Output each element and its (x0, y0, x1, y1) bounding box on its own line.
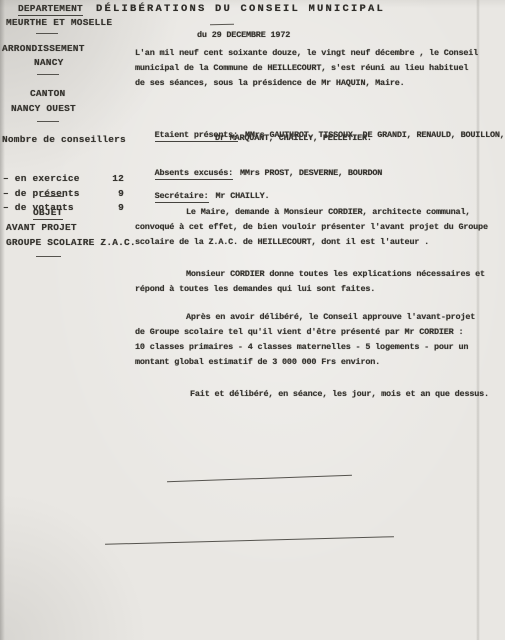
body-paragraph-line: de ses séances, sous la présidence de Mr… (135, 77, 405, 89)
objet-label: OBJET (33, 207, 63, 219)
session-date: du 29 DECEMBRE 1972 (197, 29, 290, 41)
body-paragraph-line: scolaire de la Z.A.C. de HEILLECOURT, do… (135, 236, 429, 248)
departement-label-text: DEPARTEMENT (18, 3, 83, 16)
body-paragraph-line: répond à toutes les demandes qui lui son… (135, 283, 375, 295)
body-paragraph-line: montant global estimatif de 3 000 000 Fr… (135, 356, 380, 368)
conseillers-row-value: 9 (118, 202, 124, 214)
canton-value: NANCY OUEST (11, 103, 76, 115)
body-paragraph-line: convoqué à cet effet, de bien vouloir pr… (135, 221, 488, 233)
sidebar-divider (36, 33, 58, 34)
arrondissement-value: NANCY (34, 57, 64, 69)
body-paragraph-line: 10 classes primaires - 4 classes materne… (135, 341, 468, 353)
signature-rule-long (105, 536, 394, 545)
body-paragraph-line: municipal de la Commune de HEILLECOURT, … (135, 62, 468, 74)
body-paragraph-line: Monsieur CORDIER donne toutes les explic… (186, 268, 485, 280)
sidebar-divider (36, 256, 61, 257)
body-paragraph-line: Après en avoir délibéré, le Conseil appr… (186, 311, 475, 323)
closing-line: Fait et délibéré, en séance, les jour, m… (190, 388, 489, 400)
departement-value: MEURTHE ET MOSELLE (6, 17, 112, 29)
absents-names: MMrs PROST, DESVERNE, BOURDON (233, 168, 382, 178)
sidebar-divider (37, 74, 59, 75)
sidebar-divider (37, 121, 59, 122)
body-paragraph-line: L'an mil neuf cent soixante douze, le vi… (135, 47, 478, 59)
objet-line2: GROUPE SCOLAIRE Z.A.C. (6, 237, 136, 249)
objet-line1: AVANT PROJET (6, 222, 77, 234)
secretaire-label: Secrétaire: (155, 191, 209, 203)
scanned-deliberation-document: DÉLIBÉRATIONS DU CONSEIL MUNICIPAL du 29… (0, 0, 505, 640)
sidebar-divider (40, 196, 64, 197)
signature-rule-short (167, 475, 352, 482)
objet-label-text: OBJET (33, 207, 63, 220)
secretaire-name: Mr CHAILLY. (209, 191, 270, 201)
presents-line2: Dr MARQUANT, CHAILLY, PELLETIER. (215, 132, 372, 144)
title-divider (210, 24, 234, 25)
departement-label: DEPARTEMENT (18, 3, 83, 15)
document-title: DÉLIBÉRATIONS DU CONSEIL MUNICIPAL (96, 3, 385, 15)
arrondissement-label: ARRONDISSEMENT (2, 43, 85, 55)
body-paragraph-line: de Groupe scolaire tel qu'il vient d'êtr… (135, 326, 463, 338)
body-paragraph-line: Le Maire, demande à Monsieur CORDIER, ar… (186, 206, 470, 218)
conseillers-heading: Nombre de conseillers (2, 134, 126, 146)
canton-label: CANTON (30, 88, 65, 100)
